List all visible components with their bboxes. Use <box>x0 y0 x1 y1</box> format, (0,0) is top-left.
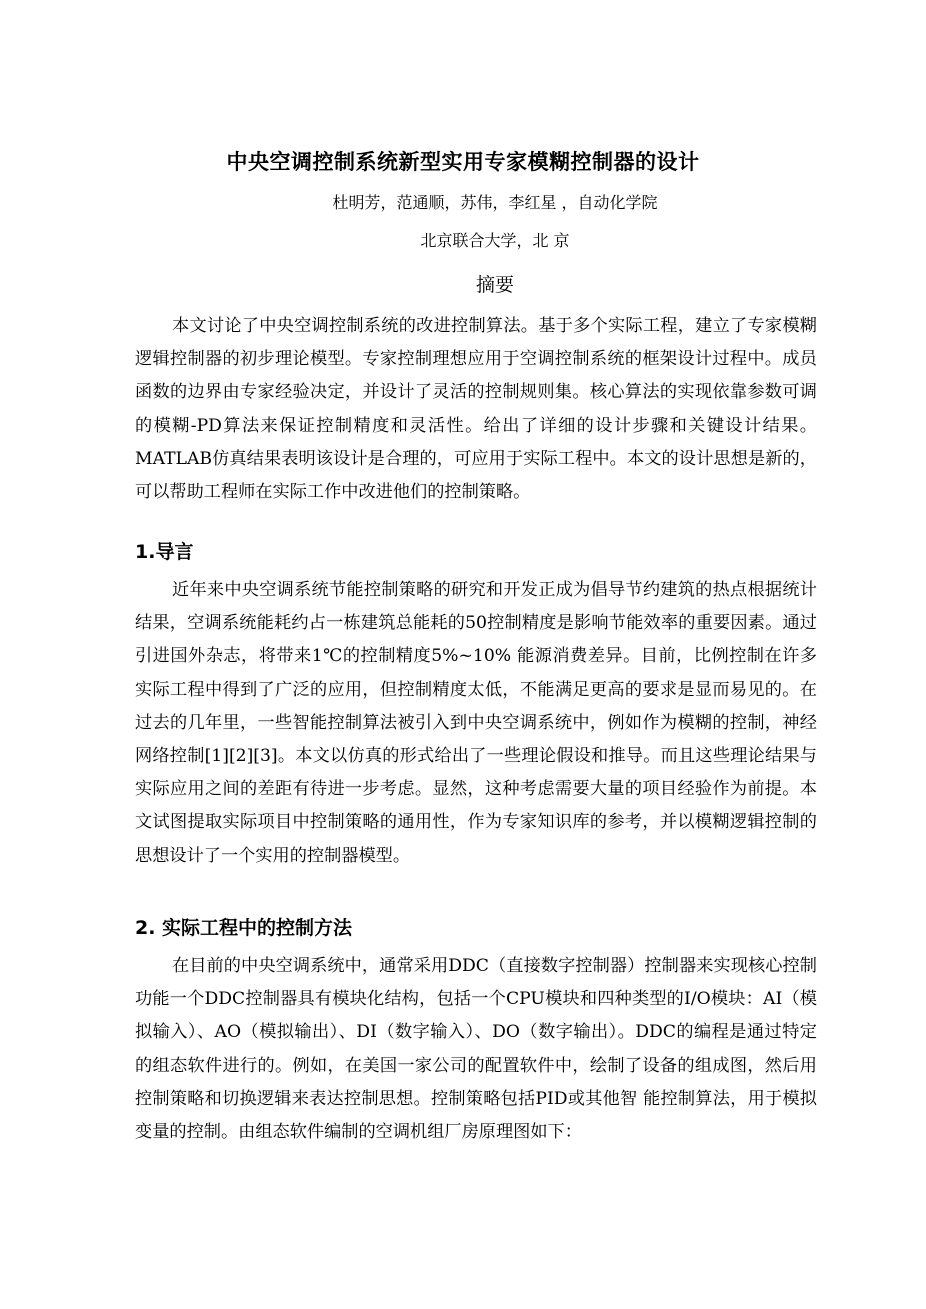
abstract-text: 本文讨论了中央空调控制系统的改进控制算法。基于多个实际工程，建立了专家模糊逻辑控… <box>135 310 817 509</box>
paper-title: 中央空调控制系统新型实用专家模糊控制器的设计 <box>0 146 926 176</box>
affiliation: 北京联合大学，北 京 <box>0 228 926 251</box>
section-2-text: 在目前的中央空调系统中，通常采用DDC（直接数字控制器）控制器来实现核心控制功能… <box>135 950 817 1149</box>
abstract-heading: 摘要 <box>0 270 926 297</box>
author-list: 杜明芳，范通顺，苏伟，李红星 ，自动化学院 <box>0 190 926 213</box>
document-page: 中央空调控制系统新型实用专家模糊控制器的设计 杜明芳，范通顺，苏伟，李红星 ，自… <box>0 0 926 1309</box>
section-1-text: 近年来中央空调系统节能控制策略的研究和开发正成为倡导节约建筑的热点根据统计结果，… <box>135 574 817 873</box>
section-2-heading: 2. 实际工程中的控制方法 <box>135 913 352 940</box>
section-1-heading: 1.导言 <box>135 537 193 564</box>
